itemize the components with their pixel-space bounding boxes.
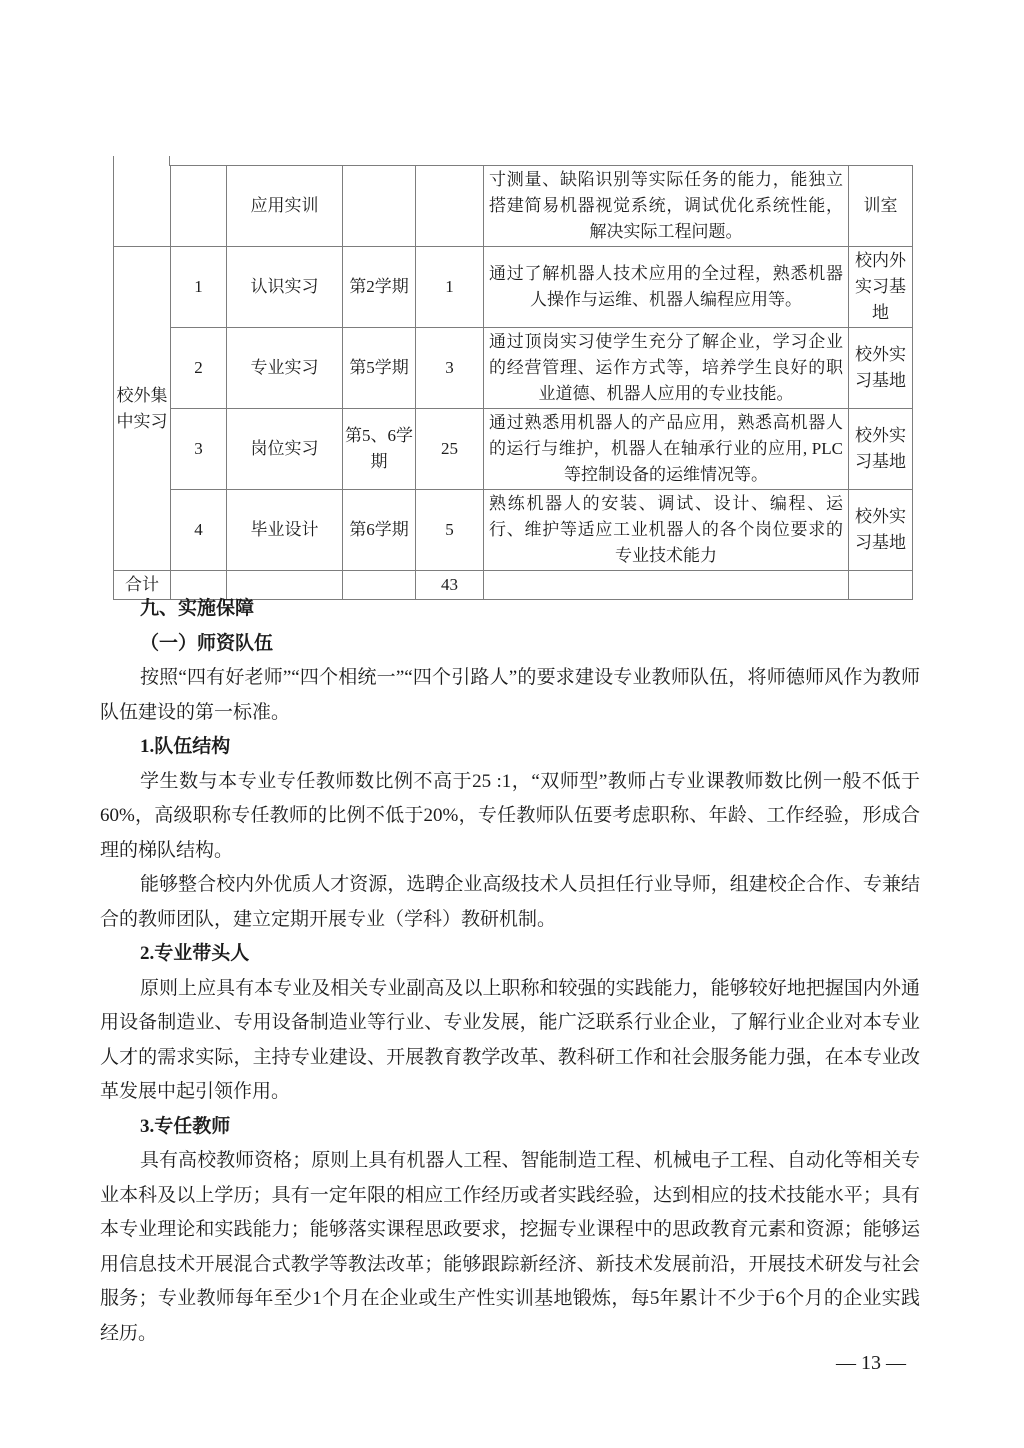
cell-description: 寸测量、缺陷识别等实际任务的能力，能独立搭建简易机器视觉系统，调试优化系统性能，… xyxy=(484,166,849,247)
cell-description: 通过了解机器人技术应用的全过程，熟悉机器人操作与运维、机器人编程应用等。 xyxy=(484,247,849,328)
cell-semester: 第5、6学期 xyxy=(343,409,416,490)
paragraph-intro: 按照“四有好老师”“四个相统一”“四个引路人”的要求建设专业教师队伍，将师德师风… xyxy=(100,661,920,730)
cell-description: 通过熟悉用机器人的产品应用，熟悉高机器人的运行与维护，机器人在轴承行业的应用, … xyxy=(484,409,849,490)
numbered-heading-3: 3.专任教师 xyxy=(100,1110,920,1145)
paragraph: 具有高校教师资格；原则上具有机器人工程、智能制造工程、机械电子工程、自动化等相关… xyxy=(100,1144,920,1351)
page-number: — 13 — xyxy=(821,1352,921,1375)
cell-course-name: 毕业设计 xyxy=(227,490,343,571)
subsection-heading: （一）师资队伍 xyxy=(100,627,920,662)
numbered-heading-1: 1.队伍结构 xyxy=(100,730,920,765)
cell-location: 校外实习基地 xyxy=(849,409,913,490)
paragraph: 原则上应具有本专业及相关专业副高及以上职称和较强的实践能力，能够较好地把握国内外… xyxy=(100,972,920,1110)
table-row: 4 毕业设计 第6学期 5 熟练机器人的安装、调试、设计、编程、运行、维护等适应… xyxy=(114,490,913,571)
cell-location: 校外实习基地 xyxy=(849,490,913,571)
cell-weeks: 5 xyxy=(416,490,484,571)
cell-weeks: 25 xyxy=(416,409,484,490)
table-row-partial: 应用实训 寸测量、缺陷识别等实际任务的能力，能独立搭建简易机器视觉系统，调试优化… xyxy=(114,166,913,247)
cell-category-group: 校外集中实习 xyxy=(114,247,171,571)
cell-weeks: 1 xyxy=(416,247,484,328)
cell-course-name: 认识实习 xyxy=(227,247,343,328)
cell-location: 校外实习基地 xyxy=(849,328,913,409)
document-body: 九、实施保障 （一）师资队伍 按照“四有好老师”“四个相统一”“四个引路人”的要… xyxy=(100,592,920,1351)
table-row: 3 岗位实习 第5、6学期 25 通过熟悉用机器人的产品应用，熟悉高机器人的运行… xyxy=(114,409,913,490)
cell-semester-empty xyxy=(343,166,416,247)
cell-course-name: 岗位实习 xyxy=(227,409,343,490)
numbered-heading-2: 2.专业带头人 xyxy=(100,937,920,972)
practice-training-table: 应用实训 寸测量、缺陷识别等实际任务的能力，能独立搭建简易机器视觉系统，调试优化… xyxy=(113,165,913,600)
cell-description: 通过顶岗实习使学生充分了解企业，学习企业的经营管理、运作方式等，培养学生良好的职… xyxy=(484,328,849,409)
cell-semester: 第6学期 xyxy=(343,490,416,571)
paragraph: 能够整合校内外优质人才资源，选聘企业高级技术人员担任行业导师，组建校企合作、专兼… xyxy=(100,868,920,937)
cell-semester: 第2学期 xyxy=(343,247,416,328)
cell-index: 4 xyxy=(171,490,227,571)
section-heading: 九、实施保障 xyxy=(100,592,920,627)
cell-weeks-empty xyxy=(416,166,484,247)
cell-index: 1 xyxy=(171,247,227,328)
table-row: 校外集中实习 1 认识实习 第2学期 1 通过了解机器人技术应用的全过程，熟悉机… xyxy=(114,247,913,328)
table-row: 2 专业实习 第5学期 3 通过顶岗实习使学生充分了解企业，学习企业的经营管理、… xyxy=(114,328,913,409)
cell-weeks: 3 xyxy=(416,328,484,409)
cell-course-name: 应用实训 xyxy=(227,166,343,247)
cell-index: 2 xyxy=(171,328,227,409)
cell-location: 校内外实习基地 xyxy=(849,247,913,328)
cell-description: 熟练机器人的安装、调试、设计、编程、运行、维护等适应工业机器人的各个岗位要求的专… xyxy=(484,490,849,571)
cell-location: 训室 xyxy=(849,166,913,247)
cell-semester: 第5学期 xyxy=(343,328,416,409)
cell-category-empty xyxy=(114,166,171,247)
cell-index: 3 xyxy=(171,409,227,490)
paragraph: 学生数与本专业专任教师数比例不高于25 :1，“双师型”教师占专业课教师数比例一… xyxy=(100,765,920,869)
cell-course-name: 专业实习 xyxy=(227,328,343,409)
cell-index-empty xyxy=(171,166,227,247)
